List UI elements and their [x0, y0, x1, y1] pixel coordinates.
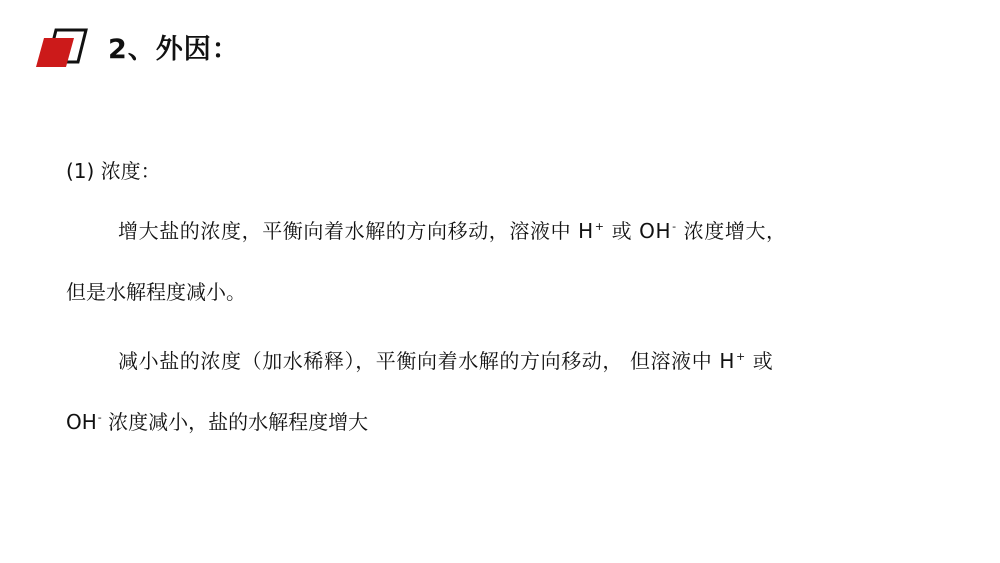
text: 或 — [746, 349, 774, 373]
slide-title: 2、外因： — [108, 30, 240, 70]
superscript-minus: - — [98, 411, 102, 424]
section-label: (1) 浓度： — [66, 156, 161, 186]
text: 减小盐的浓度（加水稀释），平衡向着水解的方向移动， 但溶液中 H — [118, 349, 735, 373]
text: 增大盐的浓度，平衡向着水解的方向移动，溶液中 H — [118, 219, 594, 243]
text: OH — [66, 410, 97, 434]
paragraph2-line2: OH- 浓度减小，盐的水解程度增大 — [66, 407, 368, 441]
paragraph1-line1: 增大盐的浓度，平衡向着水解的方向移动，溶液中 H+ 或 OH- 浓度增大， — [118, 216, 787, 250]
text: 浓度减小，盐的水解程度增大 — [102, 410, 368, 434]
paragraph2-line1: 减小盐的浓度（加水稀释），平衡向着水解的方向移动， 但溶液中 H+ 或 — [118, 346, 773, 380]
text: 浓度增大， — [677, 219, 787, 243]
paragraph1-line2: 但是水解程度减小。 — [66, 277, 246, 307]
text: 或 OH — [605, 219, 672, 243]
superscript-minus: - — [672, 220, 677, 233]
parallelogram-logo-icon — [34, 28, 90, 72]
superscript-plus: + — [736, 350, 746, 363]
superscript-plus: + — [595, 220, 605, 233]
